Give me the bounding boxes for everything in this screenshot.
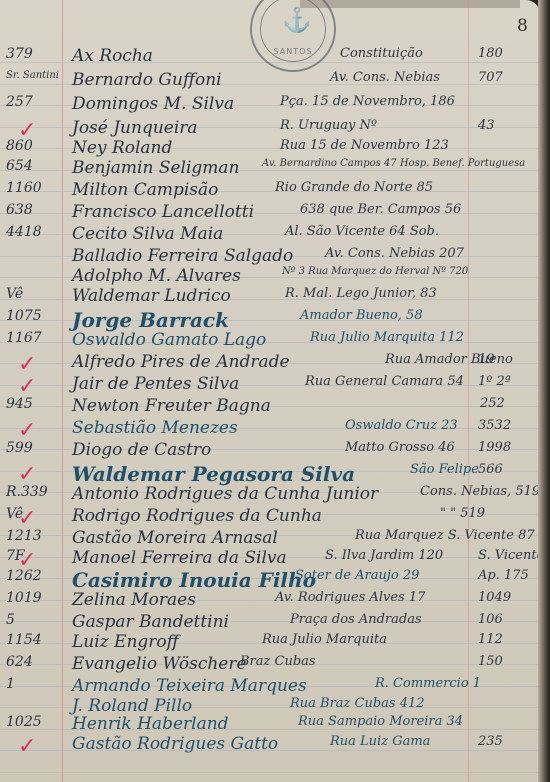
ledger-row: ✓Gastão Rodrigues GattoRua Luiz Gama235 bbox=[0, 734, 540, 756]
ledger-row: 654Benjamin SeligmanAv. Bernardino Campo… bbox=[0, 158, 540, 180]
page-edge bbox=[538, 0, 550, 782]
entry-name: Rodrigo Rodrigues da Cunha bbox=[72, 506, 322, 526]
entry-number: 599 bbox=[6, 440, 56, 456]
ledger-row: Sr. SantiniBernardo GuffoniAv. Cons. Neb… bbox=[0, 70, 540, 92]
entry-value: 235 bbox=[478, 734, 503, 749]
entry-name: Jorge Barrack bbox=[72, 308, 229, 332]
entry-address: Rio Grande do Norte 85 bbox=[275, 180, 433, 195]
entry-name: Evangelio Wöschere bbox=[72, 654, 247, 674]
entry-number: 1167 bbox=[6, 330, 56, 346]
entry-address: Rua Julio Marquita bbox=[262, 632, 387, 647]
entry-name: Alfredo Pires de Andrade bbox=[72, 352, 290, 372]
ledger-row: Balladio Ferreira SalgadoAv. Cons. Nebia… bbox=[0, 246, 540, 268]
ledger-row: VêWaldemar LudricoR. Mal. Lego Junior, 8… bbox=[0, 286, 540, 308]
entry-address: Soter de Araujo 29 bbox=[295, 568, 419, 583]
entry-number: 1213 bbox=[6, 528, 56, 544]
entry-number: 1025 bbox=[6, 714, 56, 730]
entry-address: R. Commercio 1 bbox=[375, 676, 481, 691]
ledger-row: 1160Milton CampisãoRio Grande do Norte 8… bbox=[0, 180, 540, 202]
entry-number: 1075 bbox=[6, 308, 56, 324]
entry-name: Zelina Moraes bbox=[72, 590, 196, 610]
entry-number: 1262 bbox=[6, 568, 56, 584]
ledger-row: 257Domingos M. SilvaPça. 15 de Novembro,… bbox=[0, 94, 540, 116]
entry-name: Jair de Pentes Silva bbox=[72, 374, 239, 394]
ledger-row: ✓Sebastião MenezesOswaldo Cruz 233532 bbox=[0, 418, 540, 440]
entry-number: Sr. Santini bbox=[6, 70, 56, 81]
ledger-row: 624Evangelio WöschereBraz Cubas150 bbox=[0, 654, 540, 676]
ledger-row: 860Ney RolandRua 15 de Novembro 123 bbox=[0, 138, 540, 160]
entry-address: Braz Cubas bbox=[240, 654, 316, 669]
entry-name: Manoel Ferreira da Silva bbox=[72, 548, 287, 568]
entry-address: 638 que Ber. Campos 56 bbox=[300, 202, 461, 217]
entry-address: R. Mal. Lego Junior, 83 bbox=[285, 286, 437, 301]
entry-value: 707 bbox=[478, 70, 503, 85]
entry-value: 106 bbox=[478, 612, 503, 627]
entry-address: R. Uruguay Nº bbox=[280, 118, 377, 133]
entry-name: Ax Rocha bbox=[72, 46, 153, 66]
entry-number: R.339 bbox=[6, 484, 56, 500]
entry-value: 43 bbox=[478, 118, 495, 133]
entry-address: Rua Braz Cubas 412 bbox=[290, 696, 425, 711]
ledger-row: 1019Zelina MoraesAv. Rodrigues Alves 171… bbox=[0, 590, 540, 612]
entry-name: Antonio Rodrigues da Cunha Junior bbox=[72, 484, 378, 504]
entry-name: Gastão Rodrigues Gatto bbox=[72, 734, 278, 754]
entry-address: Nº 3 Rua Marquez do Herval Nº 720 bbox=[282, 266, 468, 277]
entry-address: Rua General Camara 54 bbox=[305, 374, 464, 389]
entry-name: Adolpho M. Alvares bbox=[72, 266, 241, 286]
entry-address: Av. Rodrigues Alves 17 bbox=[275, 590, 425, 605]
ledger-row: 7F✓Manoel Ferreira da SilvaS. Ilva Jardi… bbox=[0, 548, 540, 570]
entry-value: 566 bbox=[478, 462, 503, 477]
entry-name: Ney Roland bbox=[72, 138, 172, 158]
entry-address: Cons. Nebias, 519 bbox=[420, 484, 540, 499]
entry-name: Francisco Lancellotti bbox=[72, 202, 254, 222]
entry-address: São Felipe bbox=[410, 462, 479, 477]
ledger-row: Adolpho M. AlvaresNº 3 Rua Marquez do He… bbox=[0, 266, 540, 288]
entry-name: Casimiro Inouia Filho bbox=[72, 568, 316, 592]
entry-number: 638 bbox=[6, 202, 56, 218]
entry-name: Bernardo Guffoni bbox=[72, 70, 222, 90]
entry-name: Domingos M. Silva bbox=[72, 94, 234, 114]
entry-name: Gastão Moreira Arnasal bbox=[72, 528, 278, 548]
ruled-line bbox=[0, 772, 540, 773]
entry-value: 1998 bbox=[478, 440, 511, 455]
entry-number: 654 bbox=[6, 158, 56, 174]
entry-name: Gaspar Bandettini bbox=[72, 612, 229, 632]
ledger-row: 1213Gastão Moreira ArnasalRua Marquez S.… bbox=[0, 528, 540, 550]
entry-address: Rua Luiz Gama bbox=[330, 734, 430, 749]
anchor-icon: ⚓ bbox=[282, 6, 312, 34]
ledger-row: 1075Jorge BarrackAmador Bueno, 58 bbox=[0, 308, 540, 330]
entry-address: 252 bbox=[480, 396, 505, 411]
entry-value: 3532 bbox=[478, 418, 511, 433]
entry-value: 150 bbox=[478, 654, 503, 669]
ledger-row: 1154Luiz EngroffRua Julio Marquita112 bbox=[0, 632, 540, 654]
entry-address: Rua 15 de Novembro 123 bbox=[280, 138, 449, 153]
entry-name: Sebastião Menezes bbox=[72, 418, 238, 438]
ledger-page: ⚓ SANTOS 8 379Ax RochaConstituição180Sr.… bbox=[0, 0, 540, 782]
entry-address: Av. Bernardino Campos 47 Hosp. Benef. Po… bbox=[262, 158, 525, 169]
ledger-row: R.339Antonio Rodrigues da Cunha JuniorCo… bbox=[0, 484, 540, 506]
entry-name: Cecito Silva Maia bbox=[72, 224, 223, 244]
ledger-row: ✓Jair de Pentes SilvaRua General Camara … bbox=[0, 374, 540, 396]
entry-number: 1 bbox=[6, 676, 56, 692]
entry-name: Waldemar Ludrico bbox=[72, 286, 231, 306]
ledger-row: 4418Cecito Silva MaiaAl. São Vicente 64 … bbox=[0, 224, 540, 246]
entry-address: Pça. 15 de Novembro, 186 bbox=[280, 94, 455, 109]
entry-address: S. Ilva Jardim 120 bbox=[325, 548, 443, 563]
ledger-row: 379Ax RochaConstituição180 bbox=[0, 46, 540, 68]
entry-name: Newton Freuter Bagna bbox=[72, 396, 271, 416]
ledger-row: 1025Henrik HaberlandRua Sampaio Moreira … bbox=[0, 714, 540, 736]
entry-address: Constituição bbox=[340, 46, 423, 61]
entry-name: José Junqueira bbox=[72, 118, 198, 138]
entry-number: Vê bbox=[6, 286, 56, 302]
entry-value: 1049 bbox=[478, 590, 511, 605]
entry-name: Benjamin Seligman bbox=[72, 158, 240, 178]
red-check-icon: ✓ bbox=[18, 734, 36, 759]
entry-number: 5 bbox=[6, 612, 56, 628]
entry-address: Oswaldo Cruz 23 bbox=[345, 418, 458, 433]
ledger-row: 945Newton Freuter Bagna252 bbox=[0, 396, 540, 418]
entry-name: Balladio Ferreira Salgado bbox=[72, 246, 293, 266]
entry-value: Ap. 175 bbox=[478, 568, 529, 583]
entry-value: 180 bbox=[478, 46, 503, 61]
entry-value: 1º 2ª bbox=[478, 374, 511, 389]
entry-value: 19 bbox=[478, 352, 495, 367]
entry-name: Milton Campisão bbox=[72, 180, 218, 200]
ledger-row: ✓Alfredo Pires de AndradeRua Amador Buen… bbox=[0, 352, 540, 374]
entry-name: J. Roland Pillo bbox=[72, 696, 192, 716]
entry-number: 945 bbox=[6, 396, 56, 412]
ledger-row: Vê✓Rodrigo Rodrigues da Cunha" " 519 bbox=[0, 506, 540, 528]
ledger-row: 5Gaspar BandettiniPraça dos Andradas106 bbox=[0, 612, 540, 634]
entry-address: Rua Julio Marquita 112 bbox=[310, 330, 464, 345]
entry-name: Diogo de Castro bbox=[72, 440, 211, 460]
ledger-row: 599Diogo de CastroMatto Grosso 461998 bbox=[0, 440, 540, 462]
ledger-row: 1Armando Teixeira MarquesR. Commercio 1 bbox=[0, 676, 540, 698]
background-strip bbox=[300, 0, 520, 8]
entry-number: 257 bbox=[6, 94, 56, 110]
entry-address: Matto Grosso 46 bbox=[345, 440, 455, 455]
entry-address: Rua Sampaio Moreira 34 bbox=[298, 714, 463, 729]
entry-name: Oswaldo Gamato Lago bbox=[72, 330, 266, 350]
entry-address: Al. São Vicente 64 Sob. bbox=[285, 224, 439, 239]
entry-address: Rua Marquez S. Vicente 87 bbox=[355, 528, 535, 543]
entry-number: 1019 bbox=[6, 590, 56, 606]
entry-number: 379 bbox=[6, 46, 56, 62]
entry-address: " " 519 bbox=[440, 506, 485, 521]
entry-address: Praça dos Andradas bbox=[290, 612, 422, 627]
ledger-row: 1262Casimiro Inouia FilhoSoter de Araujo… bbox=[0, 568, 540, 590]
ledger-row: ✓José JunqueiraR. Uruguay Nº43 bbox=[0, 118, 540, 140]
entry-name: Luiz Engroff bbox=[72, 632, 179, 652]
entry-name: Waldemar Pegasora Silva bbox=[72, 462, 355, 486]
entry-name: Armando Teixeira Marques bbox=[72, 676, 307, 696]
entry-value: S. Vicente bbox=[478, 548, 544, 563]
entry-number: 624 bbox=[6, 654, 56, 670]
entry-value: 112 bbox=[478, 632, 503, 647]
entry-name: Henrik Haberland bbox=[72, 714, 229, 734]
entry-number: 1154 bbox=[6, 632, 56, 648]
ledger-row: 638Francisco Lancellotti638 que Ber. Cam… bbox=[0, 202, 540, 224]
entry-address: Amador Bueno, 58 bbox=[300, 308, 423, 323]
entry-number: 1160 bbox=[6, 180, 56, 196]
ledger-row: 1167Oswaldo Gamato LagoRua Julio Marquit… bbox=[0, 330, 540, 352]
entry-number: 4418 bbox=[6, 224, 56, 240]
entry-number: 860 bbox=[6, 138, 56, 154]
entry-address: Av. Cons. Nebias 207 bbox=[325, 246, 464, 261]
ledger-row: ✓Waldemar Pegasora SilvaSão Felipe566 bbox=[0, 462, 540, 484]
entry-address: Av. Cons. Nebias bbox=[330, 70, 440, 85]
page-number: 8 bbox=[517, 16, 528, 36]
